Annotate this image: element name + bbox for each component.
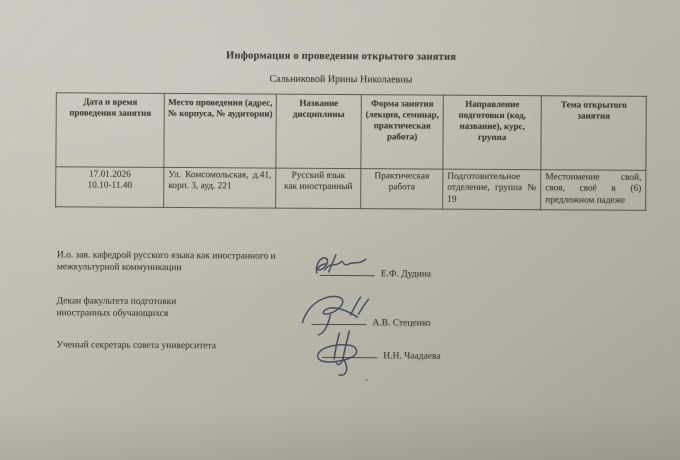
- header-date-time: Дата и время проведения занятия: [56, 93, 164, 168]
- signature-role: Ученый секретарь совета университета: [56, 339, 336, 353]
- document-subtitle: Сальниковой Ирины Николаевны: [1, 72, 680, 87]
- signature-row-dean: Декан факультета подготовки иностранных …: [56, 295, 679, 343]
- signature-line: [322, 346, 377, 358]
- signature-role: Декан факультета подготовки иностранных …: [56, 295, 224, 321]
- signature-block: И.о. зав. кафедрой русского языка как ин…: [56, 249, 680, 377]
- signature-name: Н.Н. Чаадаева: [383, 351, 440, 361]
- header-location: Место проведения (адрес, № корпуса, № ау…: [164, 93, 276, 168]
- table-row: 17.01.2026 10.10-11.40 Ул. Комсомольская…: [56, 167, 646, 211]
- signature-group: Н.Н. Чаадаева: [322, 346, 440, 362]
- signature-name: Е.Ф. Дудина: [381, 269, 431, 279]
- cell-program: Подготовительное отделение, группа № 19: [443, 169, 541, 210]
- document-title: Информация о проведении открытого заняти…: [1, 49, 680, 64]
- signature-group: Е.Ф. Дудина: [320, 264, 431, 280]
- header-topic: Тема открытого занятия: [541, 96, 646, 171]
- open-lesson-table: Дата и время проведения занятия Место пр…: [55, 92, 647, 211]
- signature-line: [320, 264, 375, 276]
- document-page: Информация о проведении открытого заняти…: [0, 0, 680, 460]
- signature-row-head-of-department: И.о. зав. кафедрой русского языка как ин…: [57, 249, 680, 299]
- cell-discipline: Русский язык как иностранный: [276, 168, 361, 209]
- cell-lesson-form: Практическая работа: [361, 169, 443, 209]
- header-lesson-form: Форма занятия (лекция, семинар, практиче…: [361, 95, 443, 169]
- ink-speck: [365, 379, 368, 381]
- cell-topic: Местоимение свой, своя, своё в (6) предл…: [541, 170, 646, 211]
- signature-line: [311, 313, 366, 325]
- cell-date-time: 17.01.2026 10.10-11.40: [56, 167, 164, 208]
- signature-role: И.о. зав. кафедрой русского языка как ин…: [57, 249, 315, 275]
- header-discipline: Название дисциплины: [276, 94, 361, 169]
- header-program: Направление подготовки (код, название), …: [443, 95, 541, 170]
- signature-group: А.В. Стеценко: [311, 313, 430, 329]
- table-header-row: Дата и время проведения занятия Место пр…: [56, 93, 646, 171]
- signature-name: А.В. Стеценко: [372, 318, 430, 328]
- cell-location: Ул. Комсомольская, д.41, корп. 3, ауд. 2…: [164, 167, 276, 208]
- signature-row-secretary: Ученый секретарь совета университета Н.Н…: [56, 339, 679, 377]
